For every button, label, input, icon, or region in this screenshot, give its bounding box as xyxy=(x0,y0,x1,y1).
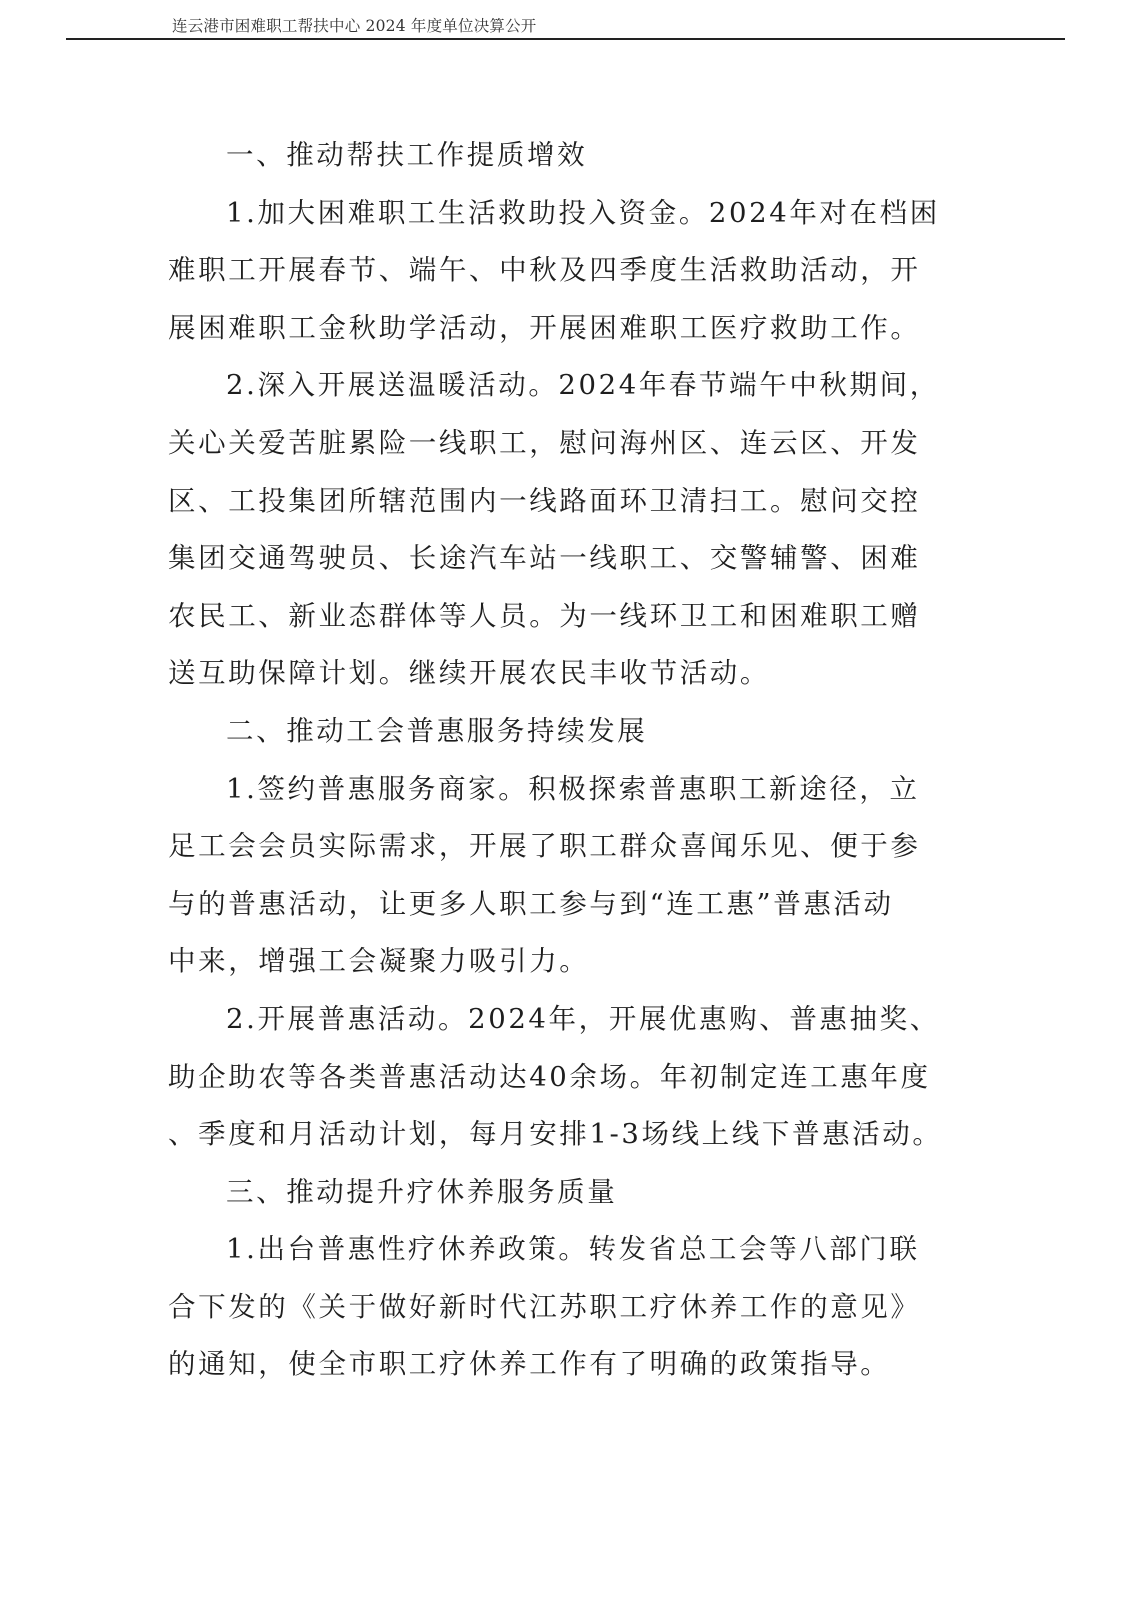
paragraph-line: 送互助保障计划。继续开展农民丰收节活动。 xyxy=(168,645,948,703)
header-divider xyxy=(66,38,1065,40)
section-heading-2: 二、推动工会普惠服务持续发展 xyxy=(168,703,948,761)
paragraph-line: 1.签约普惠服务商家。积极探索普惠职工新途径，立 xyxy=(168,761,948,819)
paragraph-line: 农民工、新业态群体等人员。为一线环卫工和困难职工赠 xyxy=(168,588,948,646)
paragraph-line: 2.开展普惠活动。2024年，开展优惠购、普惠抽奖、 xyxy=(168,991,948,1049)
paragraph-line: 关心关爱苦脏累险一线职工，慰问海州区、连云区、开发 xyxy=(168,415,948,473)
section-heading-1: 一、推动帮扶工作提质增效 xyxy=(168,127,948,185)
paragraph-line: 区、工投集团所辖范围内一线路面环卫清扫工。慰问交控 xyxy=(168,473,948,531)
document-body: 一、推动帮扶工作提质增效 1.加大困难职工生活救助投入资金。2024年对在档困 … xyxy=(168,127,948,1394)
paragraph-line: 1.加大困难职工生活救助投入资金。2024年对在档困 xyxy=(168,185,948,243)
paragraph-line: 难职工开展春节、端午、中秋及四季度生活救助活动，开 xyxy=(168,242,948,300)
paragraph-line: 、季度和月活动计划，每月安排1-3场线上线下普惠活动。 xyxy=(168,1106,948,1164)
section-heading-3: 三、推动提升疗休养服务质量 xyxy=(168,1164,948,1222)
paragraph-line: 展困难职工金秋助学活动，开展困难职工医疗救助工作。 xyxy=(168,300,948,358)
paragraph-line: 合下发的《关于做好新时代江苏职工疗休养工作的意见》 xyxy=(168,1279,948,1337)
page-header-title: 连云港市困难职工帮扶中心 2024 年度单位决算公开 xyxy=(172,14,537,36)
paragraph-line: 足工会会员实际需求，开展了职工群众喜闻乐见、便于参 xyxy=(168,818,948,876)
paragraph-line: 中来，增强工会凝聚力吸引力。 xyxy=(168,933,948,991)
paragraph-line: 助企助农等各类普惠活动达40余场。年初制定连工惠年度 xyxy=(168,1049,948,1107)
paragraph-line: 2.深入开展送温暖活动。2024年春节端午中秋期间， xyxy=(168,357,948,415)
paragraph-line: 的通知，使全市职工疗休养工作有了明确的政策指导。 xyxy=(168,1336,948,1394)
paragraph-line: 与的普惠活动，让更多人职工参与到“连工惠”普惠活动 xyxy=(168,876,948,934)
paragraph-line: 集团交通驾驶员、长途汽车站一线职工、交警辅警、困难 xyxy=(168,530,948,588)
paragraph-line: 1.出台普惠性疗休养政策。转发省总工会等八部门联 xyxy=(168,1221,948,1279)
